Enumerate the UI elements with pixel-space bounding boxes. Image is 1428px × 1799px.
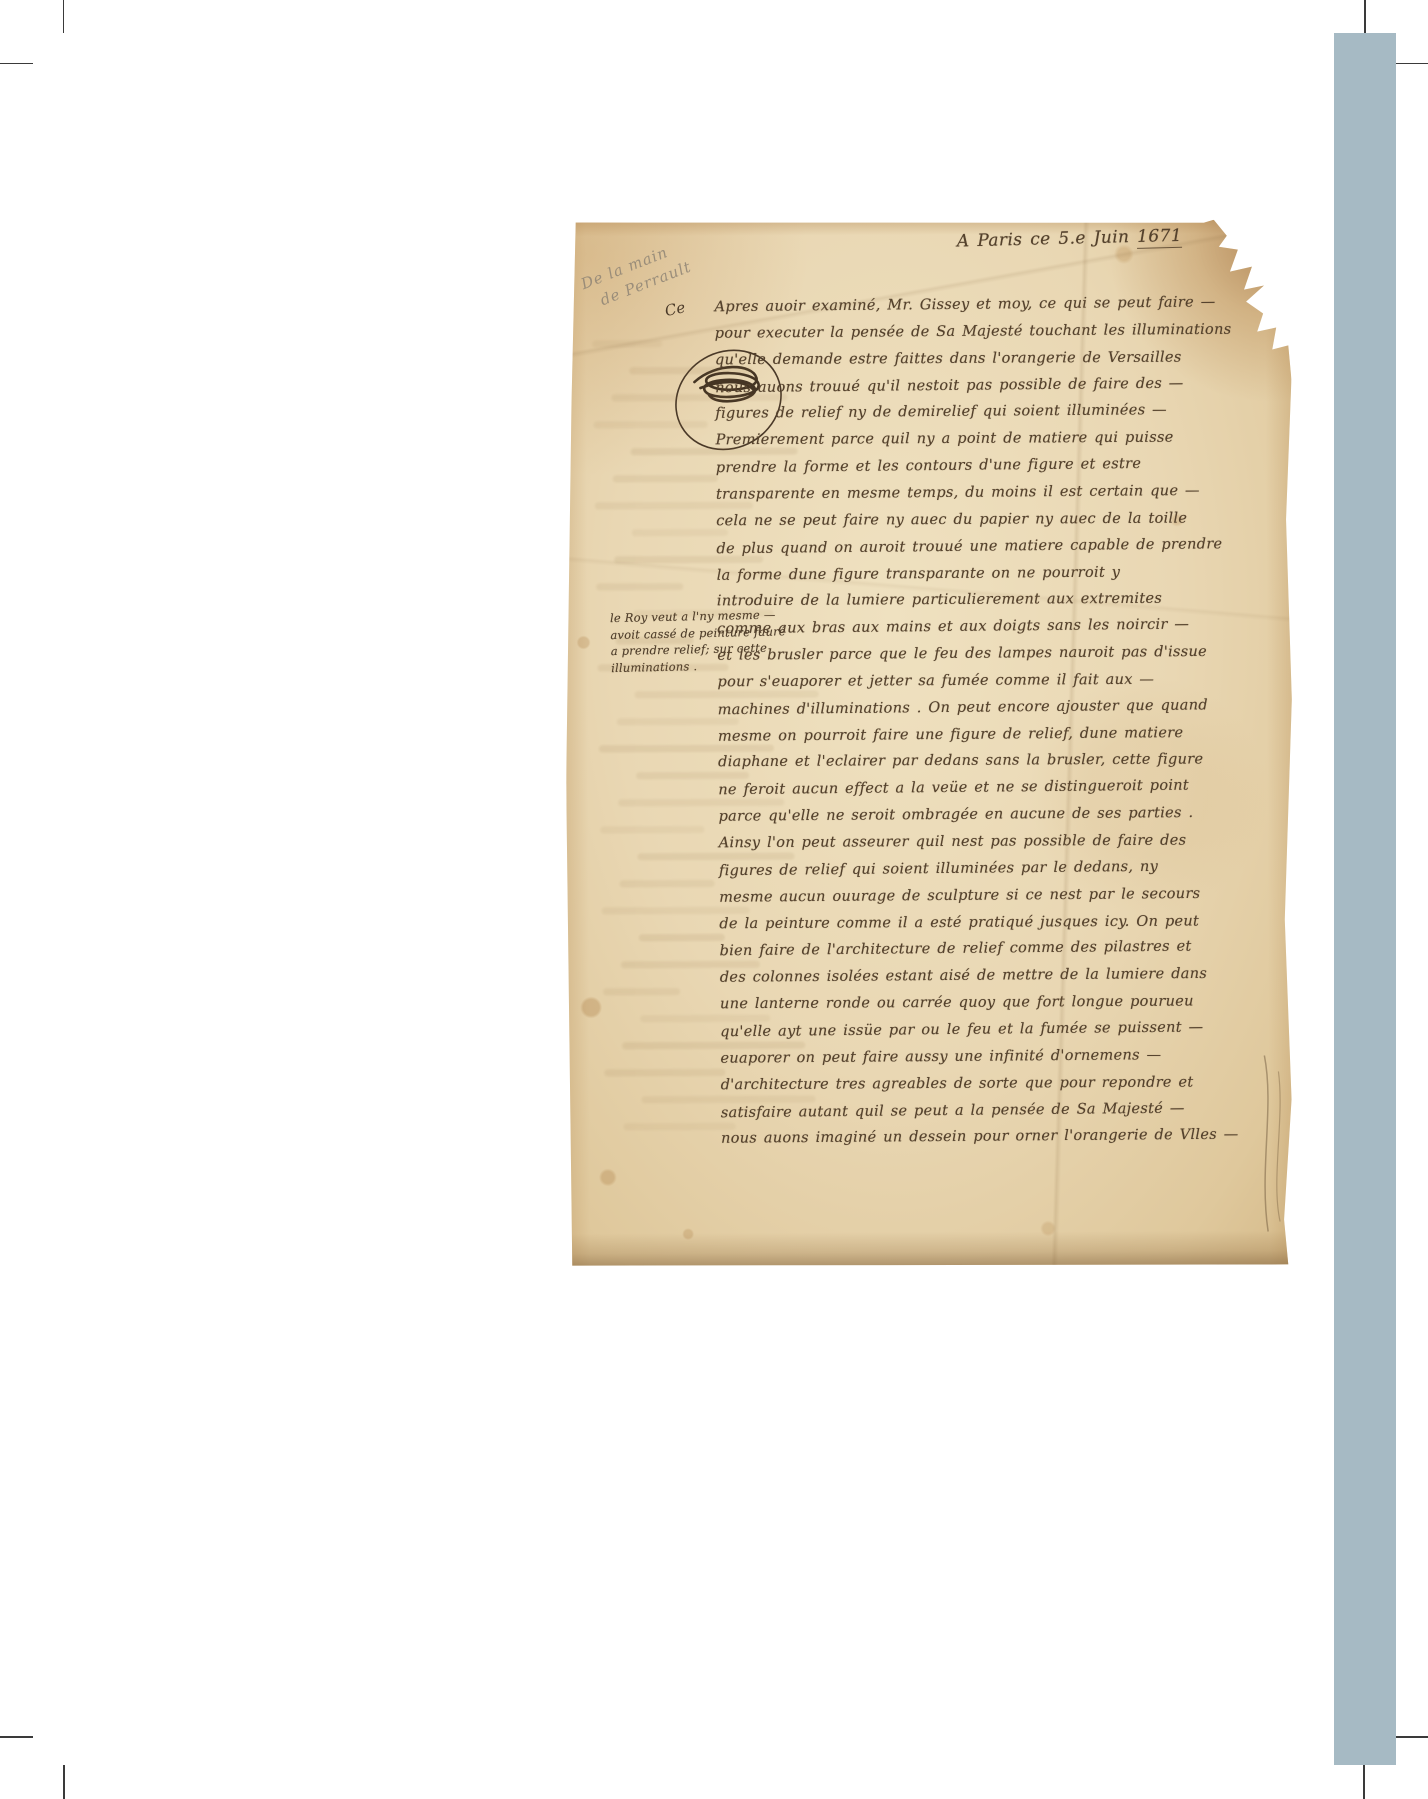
paper-damage-marks [1252, 1049, 1293, 1249]
bleedthrough-line [624, 1123, 736, 1130]
manuscript-line: pour s'euaporer et jetter sa fumée comme… [717, 672, 1154, 691]
manuscript-line: qu'elle demande estre faittes dans l'ora… [715, 349, 1182, 368]
manuscript-line: nous auons trouué qu'il nestoit pas poss… [715, 375, 1184, 396]
crop-mark-top-left-horizontal [0, 63, 33, 65]
manuscript-paper: A Paris ce 5.e Juin 1671 De la main de P… [564, 219, 1296, 1267]
crop-mark-bottom-left-horizontal [0, 1736, 33, 1738]
crop-mark-top-left-vertical [63, 0, 65, 33]
manuscript-line: Premierement parce quil ny a point de ma… [716, 430, 1174, 449]
manuscript-line: de plus quand on auroit trouué une matie… [716, 536, 1222, 557]
crop-mark-bottom-right-horizontal [1395, 1736, 1428, 1738]
manuscript-line: euaporer on peut faire aussy une infinit… [720, 1047, 1161, 1066]
manuscript-line: introduire de la lumiere particulieremen… [717, 591, 1162, 610]
manuscript-line: Apres auoir examiné, Mr. Gissey et moy, … [714, 294, 1215, 315]
date-year-underlined: 1671 [1137, 226, 1182, 249]
manuscript-line: satisfaire autant quil se peut a la pens… [721, 1100, 1185, 1121]
manuscript-line: cela ne se peut faire ny auec du papier … [716, 510, 1187, 529]
manuscript-line: figures de relief ny de demirelief qui s… [715, 403, 1167, 423]
manuscript-body: Apres auoir examiné, Mr. Gissey et moy, … [714, 295, 1181, 1199]
manuscript-line: pour executer la pensée de Sa Majesté to… [715, 322, 1232, 342]
manuscript-line: nous auons imaginé un dessein pour orner… [721, 1127, 1239, 1147]
bleedthrough-line [592, 340, 662, 347]
manuscript-line: et les brusler parce que le feu des lamp… [717, 644, 1207, 664]
book-page: A Paris ce 5.e Juin 1671 De la main de P… [0, 0, 1428, 1799]
date-line: A Paris ce 5.e Juin 1671 [957, 225, 1207, 251]
manuscript-line: une lanterne ronde ou carrée quoy que fo… [720, 994, 1194, 1013]
manuscript-line: machines d'illuminations . On peut encor… [718, 697, 1208, 718]
bleedthrough-line [620, 880, 715, 887]
crop-mark-bottom-left-vertical [63, 1765, 65, 1799]
manuscript-line: mesme aucun ouurage de sculpture si ce n… [719, 886, 1200, 906]
accent-bar [1334, 33, 1396, 1765]
bleedthrough-line [600, 826, 704, 833]
bleedthrough-line [596, 583, 683, 590]
manuscript-line: ne feroit aucun effect a la veüe et ne s… [718, 778, 1189, 799]
manuscript-line: qu'elle ayt une issüe par ou le feu et l… [720, 1019, 1203, 1040]
bleedthrough-line [603, 988, 680, 995]
manuscript-line: comme aux bras aux mains et aux doigts s… [717, 617, 1189, 638]
manuscript-line: de la peinture comme il a esté pratiqué … [719, 913, 1199, 932]
bleedthrough-line [639, 934, 725, 941]
manuscript-line: d'architecture tres agreables de sorte q… [721, 1074, 1194, 1093]
manuscript-line: parce qu'elle ne seroit ombragée en aucu… [718, 805, 1193, 825]
manuscript-line: diaphane et l'eclairer par dedans sans l… [718, 752, 1203, 771]
bleedthrough-line [604, 1069, 725, 1077]
manuscript-line: transparente en mesme temps, du moins il… [716, 483, 1200, 503]
manuscript-line: Ainsy l'on peut asseurer quil nest pas p… [719, 833, 1187, 852]
crop-mark-top-right-horizontal [1395, 63, 1428, 65]
crop-mark-bottom-right-vertical [1363, 1765, 1365, 1799]
manuscript-line: des colonnes isolées estant aisé de mett… [720, 966, 1207, 986]
bleedthrough-line [632, 529, 728, 536]
manuscript-line: bien faire de l'architecture de relief c… [720, 939, 1192, 960]
crop-mark-top-right-vertical [1364, 0, 1366, 33]
manuscript-line: la forme dune figure transparante on ne … [717, 564, 1121, 583]
manuscript-line: prendre la forme et les contours d'une f… [716, 456, 1142, 476]
paraph-letters: Ce [663, 298, 687, 320]
date-text: A Paris ce 5.e Juin [957, 227, 1138, 252]
manuscript-line: figures de relief qui soient illuminées … [719, 859, 1158, 879]
manuscript-line: mesme on pourroit faire une figure de re… [718, 725, 1184, 745]
